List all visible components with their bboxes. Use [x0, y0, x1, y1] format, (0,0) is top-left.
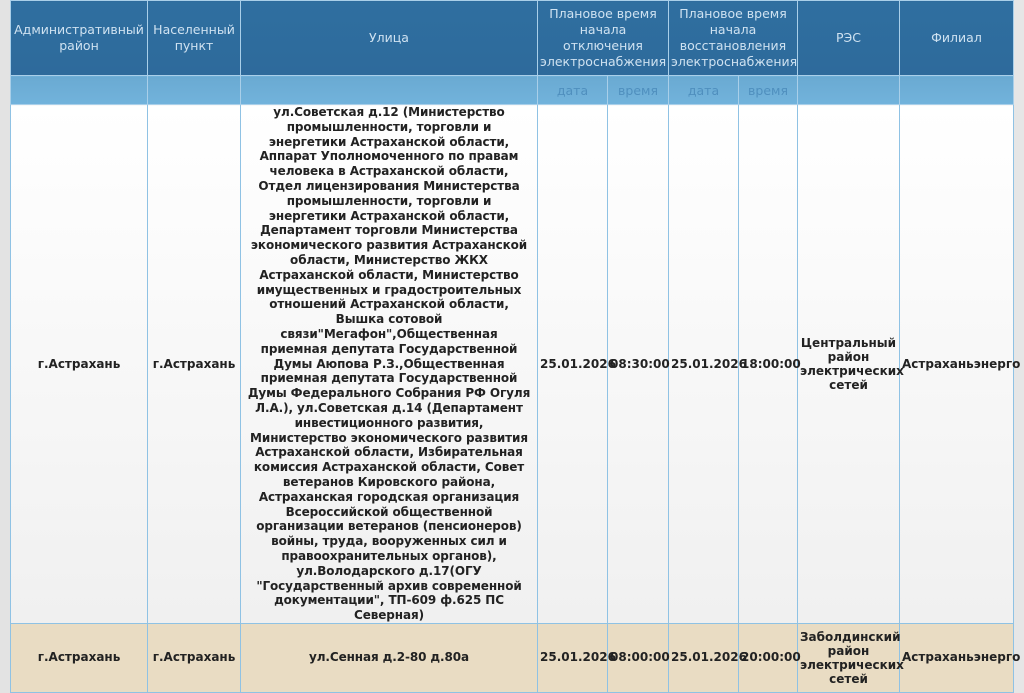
subheader-restore-time: время — [739, 76, 798, 105]
cell-settlement: г.Астрахань — [148, 105, 241, 611]
cell-off-time: 08:30:00 — [608, 105, 669, 611]
header-branch: Филиал — [900, 1, 1014, 76]
subheader-empty — [900, 76, 1014, 105]
table-row: г.Астрахань г.Астрахань ул.Советская д.1… — [11, 105, 1014, 611]
header-admin-district: Административный район — [11, 1, 148, 76]
header-res: РЭС — [798, 1, 900, 76]
subheader-empty — [148, 76, 241, 105]
subheader-empty — [11, 76, 148, 105]
cell-branch: Астраханьэнерго — [900, 105, 1014, 611]
cell-res: Центральный район электрических сетей — [798, 105, 900, 611]
header-row: Административный район Населенный пункт … — [11, 1, 1014, 76]
subheader-row: дата время дата время — [11, 76, 1014, 105]
outage-table-container: Административный район Населенный пункт … — [10, 0, 1013, 610]
cell-street: ул.Советская д.12 (Министерство промышле… — [241, 105, 538, 611]
outage-schedule-table: Административный район Населенный пункт … — [10, 0, 1014, 610]
header-restore-time: Плановое время начала восстановления эле… — [669, 1, 798, 76]
header-off-time: Плановое время начала отключения электро… — [538, 1, 669, 76]
cell-restore-time: 18:00:00 — [739, 105, 798, 611]
subheader-off-date: дата — [538, 76, 608, 105]
subheader-empty — [241, 76, 538, 105]
header-settlement: Населенный пункт — [148, 1, 241, 76]
subheader-empty — [798, 76, 900, 105]
cell-restore-date: 25.01.2026 — [669, 105, 739, 611]
subheader-restore-date: дата — [669, 76, 739, 105]
header-street: Улица — [241, 1, 538, 76]
subheader-off-time: время — [608, 76, 669, 105]
cell-off-date: 25.01.2026 — [538, 105, 608, 611]
cell-admin-district: г.Астрахань — [11, 105, 148, 611]
